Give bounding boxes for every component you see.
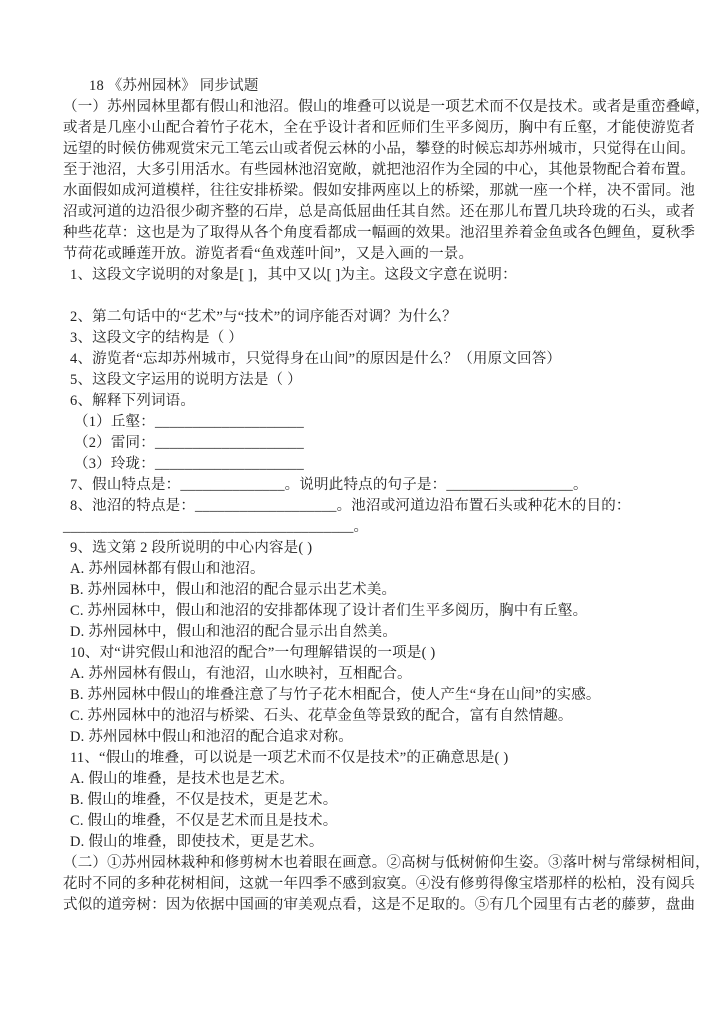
text-line: A. 苏州园林有假山，有池沼，山水映衬，互相配合。 [63,664,669,685]
text-line: 7、假山特点是：______________。说明此特点的句子是：_______… [63,475,669,496]
text-line: 花时不同的多种花树相间，这就一年四季不感到寂寞。④没有修剪得像宝塔那样的松柏，没… [63,874,669,895]
text-line: _______________________________________。 [63,517,669,538]
text-line: 式似的道旁树：因为依据中国画的审美观点看，这是不足取的。⑤有几个园里有古老的藤萝… [63,895,669,916]
text-line: 6、解释下列词语。 [63,391,669,412]
text-line: 水面假如成河道模样，往往安排桥梁。假如安排两座以上的桥梁，那就一座一个样，决不雷… [63,181,669,202]
text-line: 9、选文第 2 段所说明的中心内容是( ) [63,538,669,559]
text-line: 11、“假山的堆叠，可以说是一项艺术而不仅是技术”的正确意思是( ) [63,748,669,769]
text-line: 沼或河道的边沿很少砌齐整的石岸，总是高低屈曲任其自然。还在那儿布置几块玲珑的石头… [63,202,669,223]
text-line: （一）苏州园林里都有假山和池沼。假山的堆叠可以说是一项艺术而不仅是技术。或者是重… [63,97,669,118]
text-line: （1）丘壑：____________________ [63,412,669,433]
text-line: （二）①苏州园林栽种和修剪树木也着眼在画意。②高树与低树俯仰生姿。③落叶树与常绿… [63,853,669,874]
text-line [63,286,669,307]
text-line: 远望的时候仿佛观赏宋元工笔云山或者倪云林的小品，攀登的时候忘却苏州城市，只觉得在… [63,139,669,160]
text-line: B. 假山的堆叠，不仅是技术，更是艺术。 [63,790,669,811]
text-line: 3、这段文字的结构是（ ） [63,328,669,349]
text-line: B. 苏州园林中假山的堆叠注意了与竹子花木相配合，使人产生“身在山间”的实感。 [63,685,669,706]
text-line: C. 苏州园林中，假山和池沼的安排都体现了设计者们生平多阅历，胸中有丘壑。 [63,601,669,622]
text-line: B. 苏州园林中，假山和池沼的配合显示出艺术美。 [63,580,669,601]
text-line: A. 假山的堆叠，是技术也是艺术。 [63,769,669,790]
text-line: （3）玲珑：____________________ [63,454,669,475]
text-line: 或者是几座小山配合着竹子花木，全在乎设计者和匠师们生平多阅历，胸中有丘壑，才能使… [63,118,669,139]
text-line: C. 苏州园林中的池沼与桥梁、石头、花草金鱼等景致的配合，富有自然情趣。 [63,706,669,727]
text-line: A. 苏州园林都有假山和池沼。 [63,559,669,580]
text-line: 1、这段文字说明的对象是[ ]，其中又以[ ]为主。这段文字意在说明： [63,265,669,286]
page: 18 《苏州园林》 同步试题 （一）苏州园林里都有假山和池沼。假山的堆叠可以说是… [0,0,725,1024]
text-line: 5、这段文字运用的说明方法是（ ） [63,370,669,391]
document-body: 18 《苏州园林》 同步试题 （一）苏州园林里都有假山和池沼。假山的堆叠可以说是… [63,76,669,916]
text-line: D. 假山的堆叠，即使技术，更是艺术。 [63,832,669,853]
text-line: （2）雷同：____________________ [63,433,669,454]
text-line: 节荷花或睡莲开放。游览者看“鱼戏莲叶间”，又是入画的一景。 [63,244,669,265]
text-line: 种些花草：这也是为了取得从各个角度看都成一幅画的效果。池沼里养着金鱼或各色鲤鱼，… [63,223,669,244]
text-line: 至于池沼，大多引用活水。有些园林池沼宽敞，就把池沼作为全园的中心，其他景物配合着… [63,160,669,181]
text-line: 4、游览者“忘却苏州城市，只觉得身在山间”的原因是什么？（用原文回答） [63,349,669,370]
text-line: C. 假山的堆叠，不仅是艺术而且是技术。 [63,811,669,832]
document-title: 18 《苏州园林》 同步试题 [63,76,669,97]
text-line: D. 苏州园林中，假山和池沼的配合显示出自然美。 [63,622,669,643]
text-line: 2、第二句话中的“艺术”与“技术”的词序能否对调？为什么？ [63,307,669,328]
text-line: 10、对“讲究假山和池沼的配合”一句理解错误的一项是( ) [63,643,669,664]
text-line: D. 苏州园林中假山和池沼的配合追求对称。 [63,727,669,748]
text-line: 8、池沼的特点是：___________________。池沼或河道边沿布置石头… [63,496,669,517]
